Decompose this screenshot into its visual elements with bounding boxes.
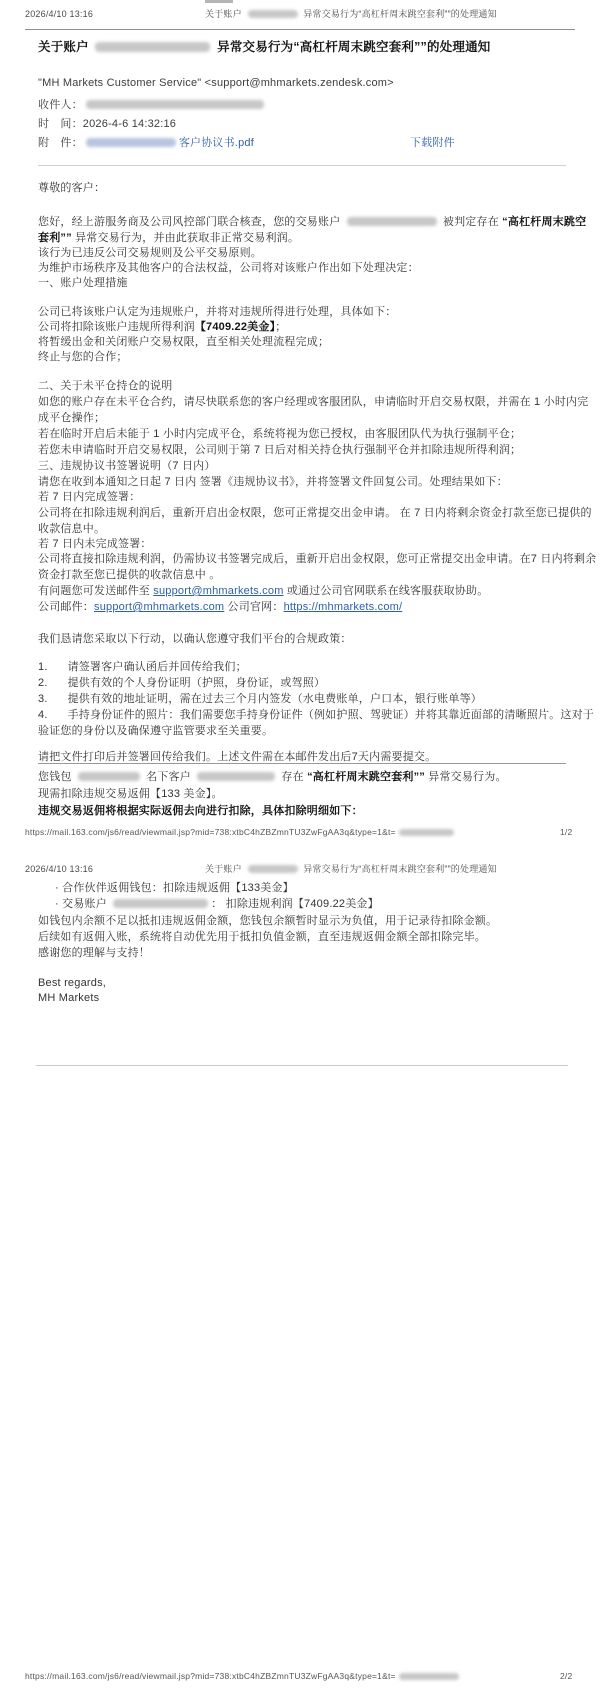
redacted-text (86, 100, 264, 109)
email-header-divider (38, 165, 566, 166)
redacted-text (113, 899, 208, 908)
text: 请把文件打印后并签署回传给我们。上述文件需在本邮件发出后7天内需要提交。 (38, 751, 436, 763)
text: 3. (38, 693, 48, 705)
text: 提供有效的地址证明，需在过去三个月内签发（水电费账单，户口本，银行账单等） (68, 693, 482, 705)
text: 将暂缓出金和关闭账户交易权限，直至相关处理流程完成； (38, 336, 329, 348)
section-heading: 三、违规协议书签署说明（7 日内） (38, 460, 216, 474)
body-line: 您好，经上游服务商及公司风控部门联合核查，您的交易账户 被判定存在 “高杠杆周末… (38, 216, 586, 230)
text: 关于账户 (205, 864, 245, 874)
text: 关于账户 (38, 40, 92, 54)
printed-email-page: 2026/4/10 13:16关于账户 异常交易行为“高杠杆周末跳空套利””的处… (0, 0, 600, 1698)
text: 1. (38, 661, 48, 673)
text: 验证您的身份以及确保遵守监管要求至关重要。 (38, 725, 273, 737)
text: 若您未申请临时开启交易权限，公司则于第 7 日后对相关持仓执行强制平仓并扣除违规… (38, 444, 521, 456)
text: 或通过公司官网联系在线客服获取协助。 (284, 585, 489, 597)
body-line: 该行为已违反公司交易规则及公平交易原则。 (38, 247, 262, 261)
text: 异常交易行为“高杠杆周末跳空套利””的处理通知 (301, 864, 497, 874)
text: 2026/4/10 13:16 (25, 864, 93, 874)
page-url: https://mail.163.com/js6/read/viewmail.j… (25, 827, 457, 838)
section-heading: 二、关于未平仓持仓的说明 (38, 380, 172, 394)
redacted-text (248, 10, 298, 17)
list-item: 1.请签署客户确认函后并回传给我们； (38, 661, 247, 675)
signature-line: Best regards, (38, 977, 106, 991)
email-time-row: 时 间：2026-4-6 14:32:16 (38, 118, 176, 132)
text: 存在 (278, 771, 307, 783)
body-line: 若 7 日内完成签署： (38, 491, 140, 505)
text: 感谢您的理解与支持！ (38, 947, 150, 959)
text: 若 7 日内完成签署： (38, 491, 140, 503)
body-line: 终止与您的合作； (38, 351, 128, 365)
body-line: 您钱包 名下客户 存在 “高杠杆周末跳空套利”” 异常交易行为。 (38, 771, 507, 785)
body-line: 请您在收到本通知之日起 7 日内 签署《违规协议书》，并将签署文件回复公司。处理… (38, 476, 508, 490)
body-line: 收款信息中。 (38, 523, 105, 537)
body-line: 资金打款至您已提供的收款信息中 。 (38, 569, 220, 583)
redacted-text (248, 865, 298, 872)
body-line: 将暂缓出金和关闭账户交易权限，直至相关处理流程完成； (38, 336, 329, 350)
print-subject: 关于账户 异常交易行为“高杠杆周末跳空套利””的处理通知 (205, 9, 497, 20)
text: 若 7 日内未完成签署： (38, 538, 152, 550)
text: 公司官网： (224, 601, 283, 613)
text: 【7409.22美金】 (195, 321, 275, 333)
text: 您钱包 (38, 771, 75, 783)
redacted-text (399, 829, 454, 836)
company-website-link[interactable]: https://mhmarkets.com/ (284, 601, 403, 613)
text: 为维护市场秩序及其他客户的合法权益，公司将对该账户作出如下处理决定： (38, 262, 419, 274)
page-url: https://mail.163.com/js6/read/viewmail.j… (25, 1671, 462, 1682)
email-subject: 关于账户 异常交易行为“高杠杆周末跳空套利””的处理通知 (38, 40, 491, 56)
text: 有问题您可发送邮件至 (38, 585, 153, 597)
section-heading: 一、账户处理措施 (38, 277, 128, 291)
text: https://mail.163.com/js6/read/viewmail.j… (25, 1671, 396, 1681)
text: https://mail.163.com/js6/read/viewmail.j… (25, 827, 396, 837)
body-line: 如您的账户存在未平仓合约，请尽快联系您的客户经理或客服团队，申请临时开启交易权限… (38, 396, 588, 410)
text: 请您在收到本通知之日起 7 日内 签署《违规协议书》，并将签署文件回复公司。处理… (38, 476, 508, 488)
text: 收款信息中。 (38, 523, 105, 535)
text: 公司将直接扣除违规利润，仍需协议书签署完成后，重新开启出金权限，您可正常提交出金… (38, 553, 596, 565)
text: 时 间：2026-4-6 14:32:16 (38, 118, 176, 130)
text: · 合作伙伴返佣钱包：扣除违规返佣【133美金】 (55, 882, 294, 894)
text: 若在临时开启后未能于 1 小时内完成平仓，系统将视为您已授权，由客服团队代为执行… (38, 428, 521, 440)
text: 资金打款至您已提供的收款信息中 。 (38, 569, 220, 581)
download-attachment: 下载附件 (410, 137, 455, 151)
bullet-item: · 合作伙伴返佣钱包：扣除违规返佣【133美金】 (55, 882, 294, 896)
redacted-text (86, 138, 176, 147)
text: 公司已将该账户认定为违规账户，并将对违规所得进行处理，具体如下： (38, 306, 396, 318)
text: 1/2 (560, 827, 572, 837)
text: 关于账户 (205, 9, 245, 19)
body-line: 若您未申请临时开启交易权限，公司则于第 7 日后对相关持仓执行强制平仓并扣除违规… (38, 444, 521, 458)
text: 该行为已违反公司交易规则及公平交易原则。 (38, 247, 262, 259)
print-datetime: 2026/4/10 13:16 (25, 9, 93, 20)
body-line: 公司邮件：support@mhmarkets.com 公司官网：https://… (38, 601, 402, 615)
text: 成平仓操作； (38, 412, 105, 424)
body-line: 套利”” 异常交易行为，并由此获取非正常交易利润。 (38, 232, 299, 246)
print-header-rule (25, 29, 575, 30)
body-line: 后续如有返佣入账，系统将自动优先用于抵扣负值金额，直至违规返佣金额全部扣除完毕。 (38, 931, 486, 945)
redacted-text (399, 1673, 459, 1680)
text: 名下客户 (143, 771, 194, 783)
text: MH Markets (38, 992, 99, 1004)
redacted-text (347, 217, 437, 226)
text: 我们恳请您采取以下行动，以确认您遵守我们平台的合规政策： (38, 633, 352, 645)
text: 收件人： (38, 99, 83, 111)
list-item: 4.手持身份证件的照片：我们需要您手持身份证件（例如护照、驾驶证）并将其靠近面部… (38, 709, 594, 723)
text: 4. (38, 709, 48, 721)
text: 附 件： (38, 137, 83, 149)
body-line: 有问题您可发送邮件至 support@mhmarkets.com 或通过公司官网… (38, 585, 488, 599)
body-line-bold: 违规交易返佣将根据实际返佣去向进行扣除，具体扣除明细如下： (38, 805, 363, 819)
body-line: 成平仓操作； (38, 412, 105, 426)
text: Best regards, (38, 977, 106, 989)
body-line: 公司将直接扣除违规利润，仍需协议书签署完成后，重新开启出金权限，您可正常提交出金… (38, 553, 596, 567)
list-item: 2.提供有效的个人身份证明（护照，身份证，或驾照） (38, 677, 325, 691)
text: 2/2 (560, 1671, 572, 1681)
text: 一、账户处理措施 (38, 277, 128, 289)
body-line: 公司已将该账户认定为违规账户，并将对违规所得进行处理，具体如下： (38, 306, 396, 320)
text: 手持身份证件的照片：我们需要您手持身份证件（例如护照、驾驶证）并将其靠近面部的清… (68, 709, 594, 721)
email-end-divider (36, 1065, 568, 1066)
email-attachment-row: 附 件：客户协议书.pdf (38, 137, 254, 151)
body-line: 为维护市场秩序及其他客户的合法权益，公司将对该账户作出如下处理决定： (38, 262, 419, 276)
text: 尊敬的客户： (38, 182, 105, 194)
text: 如钱包内余额不足以抵扣违规返佣金额，您钱包余额暂时显示为负值，用于记录待扣除金额… (38, 915, 497, 927)
text: 公司将扣除该账户违规所得利润 (38, 321, 195, 333)
body-line: 公司将扣除该账户违规所得利润【7409.22美金】； (38, 321, 286, 335)
text: 如您的账户存在未平仓合约，请尽快联系您的客户经理或客服团队，申请临时开启交易权限… (38, 396, 588, 408)
body-line: 现需扣除违规交易返佣【133 美金】。 (38, 788, 223, 802)
text: 提供有效的个人身份证明（护照，身份证，或驾照） (68, 677, 326, 689)
body-line: 若在临时开启后未能于 1 小时内完成平仓，系统将视为您已授权，由客服团队代为执行… (38, 428, 521, 442)
email-from: "MH Markets Customer Service" <support@m… (38, 77, 394, 91)
text: 套利”” (38, 232, 75, 244)
redacted-text (95, 42, 210, 52)
text: 异常交易行为“高杠杆周末跳空套利””的处理通知 (213, 40, 490, 54)
text: 异常交易行为，并由此获取非正常交易利润。 (75, 232, 299, 244)
text: 违规交易返佣将根据实际返佣去向进行扣除，具体扣除明细如下： (38, 805, 363, 817)
support-email-link[interactable]: support@mhmarkets.com (153, 585, 283, 597)
body-line: 验证您的身份以及确保遵守监管要求至关重要。 (38, 725, 273, 739)
email-to-row: 收件人： (38, 99, 267, 113)
body-line: 我们恳请您采取以下行动，以确认您遵守我们平台的合规政策： (38, 633, 352, 647)
body-line: 请把文件打印后并签署回传给我们。上述文件需在本邮件发出后7天内需要提交。 (38, 751, 436, 765)
text: “高杠杆周末跳空套利”” (307, 771, 425, 783)
text: 终止与您的合作； (38, 351, 128, 363)
redacted-text (78, 772, 140, 781)
text: 后续如有返佣入账，系统将自动优先用于抵扣负值金额，直至违规返佣金额全部扣除完毕。 (38, 931, 486, 943)
attachment-link[interactable]: 客户协议书.pdf (179, 137, 254, 149)
list-item: 3.提供有效的地址证明，需在过去三个月内签发（水电费账单，户口本，银行账单等） (38, 693, 482, 707)
print-subject: 关于账户 异常交易行为“高杠杆周末跳空套利””的处理通知 (205, 864, 497, 875)
text: 2026/4/10 13:16 (25, 9, 93, 19)
print-datetime: 2026/4/10 13:16 (25, 864, 93, 875)
text: 二、关于未平仓持仓的说明 (38, 380, 172, 392)
text: 异常交易行为。 (425, 771, 507, 783)
text: ； (275, 321, 286, 333)
page-number: 1/2 (560, 827, 572, 838)
body-line: 公司将在扣除违规利润后，重新开启出金权限，您可正常提交出金申请。 在 7 日内将… (38, 507, 592, 521)
body-line: 如钱包内余额不足以抵扣违规返佣金额，您钱包余额暂时显示为负值，用于记录待扣除金额… (38, 915, 497, 929)
text: ： 扣除违规利润【7409.22美金】 (211, 898, 379, 910)
text: "MH Markets Customer Service" <support@m… (38, 77, 394, 89)
text: 公司将在扣除违规利润后，重新开启出金权限，您可正常提交出金申请。 在 7 日内将… (38, 507, 592, 519)
text: 三、违规协议书签署说明（7 日内） (38, 460, 216, 472)
text: 现需扣除违规交易返佣【133 美金】。 (38, 788, 223, 800)
download-attachment-link[interactable]: 下载附件 (410, 137, 455, 149)
scroll-artifact (205, 0, 233, 3)
bullet-item: · 交易账户 ： 扣除违规利润【7409.22美金】 (55, 898, 379, 912)
text: 2. (38, 677, 48, 689)
page-number: 2/2 (560, 1671, 572, 1682)
text: 异常交易行为“高杠杆周末跳空套利””的处理通知 (301, 9, 497, 19)
text: · 交易账户 (55, 898, 110, 910)
text: 请签署客户确认函后并回传给我们； (68, 661, 247, 673)
body-line: 若 7 日内未完成签署： (38, 538, 152, 552)
text: 被判定存在 (440, 216, 503, 228)
text: 公司邮件： (38, 601, 94, 613)
text: 您好，经上游服务商及公司风控部门联合核查，您的交易账户 (38, 216, 344, 228)
body-salutation: 尊敬的客户： (38, 182, 105, 196)
body-line: 感谢您的理解与支持！ (38, 947, 150, 961)
signature-line: MH Markets (38, 992, 99, 1006)
redacted-text (197, 772, 275, 781)
text: “高杠杆周末跳空 (502, 216, 586, 228)
support-email-link[interactable]: support@mhmarkets.com (94, 601, 224, 613)
